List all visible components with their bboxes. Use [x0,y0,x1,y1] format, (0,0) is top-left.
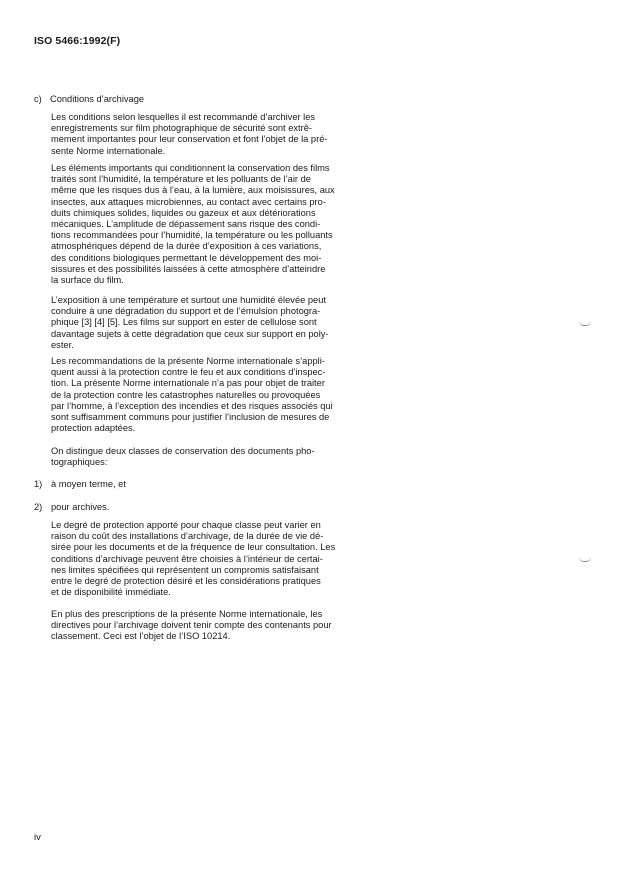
document-id-header: ISO 5466:1992(F) [34,35,120,47]
section-title: Conditions d’archivage [50,94,144,104]
text-line: tographiques: [51,457,301,468]
text-line: entre le degré de protection désiré et l… [51,576,301,587]
list-text: à moyen terme, et [51,479,126,489]
text-line: de la protection contre les catastrophes… [51,390,301,401]
page-number: iv [34,832,41,843]
text-line: et de disponibilité immédiate. [51,587,301,598]
section-heading: c)Conditions d’archivage [34,94,144,104]
text-line: Les recommandations de la présente Norme… [51,356,301,367]
text-line: par l’homme, à l’exception des incendies… [51,401,301,412]
section-marker: c) [34,94,50,104]
text-line: L’exposition à une température et surtou… [51,295,301,306]
text-line: mécaniques. L’amplitude de dépassement s… [51,219,301,230]
text-line: raison du coût des installations d’archi… [51,531,301,542]
text-line: classement. Ceci est l’objet de l’ISO 10… [51,631,301,642]
paragraph-4: Les recommandations de la présente Norme… [51,356,301,434]
paragraph-5: On distingue deux classes de conservatio… [51,446,301,468]
text-line: nes limites spécifiées qui représentent … [51,565,301,576]
text-line: Les conditions selon lesquelles il est r… [51,112,301,123]
text-line: la surface du film. [51,275,301,286]
text-line: enregistrements sur film photographique … [51,123,301,134]
list-marker: 2) [34,502,51,512]
text-line: des conditions biologiques permettant le… [51,253,301,264]
text-line: insectes, aux attaques microbiennes, au … [51,197,301,208]
text-line: directives pour l’archivage doivent teni… [51,620,301,631]
text-line: duits chimiques solides, liquides ou gaz… [51,208,301,219]
text-line: mement importantes pour leur conservatio… [51,134,301,145]
text-line: conditions d’archivage peuvent être choi… [51,554,301,565]
paragraph-1: Les conditions selon lesquelles il est r… [51,112,301,157]
text-line: sente Norme internationale. [51,146,301,157]
text-line: Les éléments importants qui conditionnen… [51,163,301,174]
paragraph-2: Les éléments importants qui conditionnen… [51,163,301,286]
list-item-2: 2)pour archives. [34,502,109,512]
text-line: protection adaptées. [51,423,301,434]
text-line: sont suffisamment communs pour justifier… [51,412,301,423]
text-line: Le degré de protection apporté pour chaq… [51,520,301,531]
text-line: ester. [51,340,301,351]
text-line: tions recommandées pour l’humidité, la t… [51,230,301,241]
paragraph-3: L’exposition à une température et surtou… [51,295,301,351]
paragraph-7: En plus des prescriptions de la présente… [51,609,301,643]
list-item-1: 1)à moyen terme, et [34,479,126,489]
text-line: En plus des prescriptions de la présente… [51,609,301,620]
text-line: atmosphériques dépend de la durée d’expo… [51,241,301,252]
list-text: pour archives. [51,502,109,512]
text-line: On distingue deux classes de conservatio… [51,446,301,457]
text-line: traités sont l’humidité, la température … [51,174,301,185]
revision-margin-mark [579,321,591,326]
text-line: sissures et des possibilités laissées à … [51,264,301,275]
text-line: tion. La présente Norme internationale n… [51,378,301,389]
revision-margin-mark [579,557,591,562]
text-line: phique [3] [4] [5]. Les films sur suppor… [51,317,301,328]
list-marker: 1) [34,479,51,489]
text-line: davantage sujets à cette dégradation que… [51,329,301,340]
text-line: sirée pour les documents et de la fréque… [51,542,301,553]
paragraph-6: Le degré de protection apporté pour chaq… [51,520,301,598]
text-line: quent aussi à la protection contre le fe… [51,367,301,378]
text-line: même que les risques dus à l’eau, à la l… [51,185,301,196]
text-line: conduire à une dégradation du support et… [51,306,301,317]
